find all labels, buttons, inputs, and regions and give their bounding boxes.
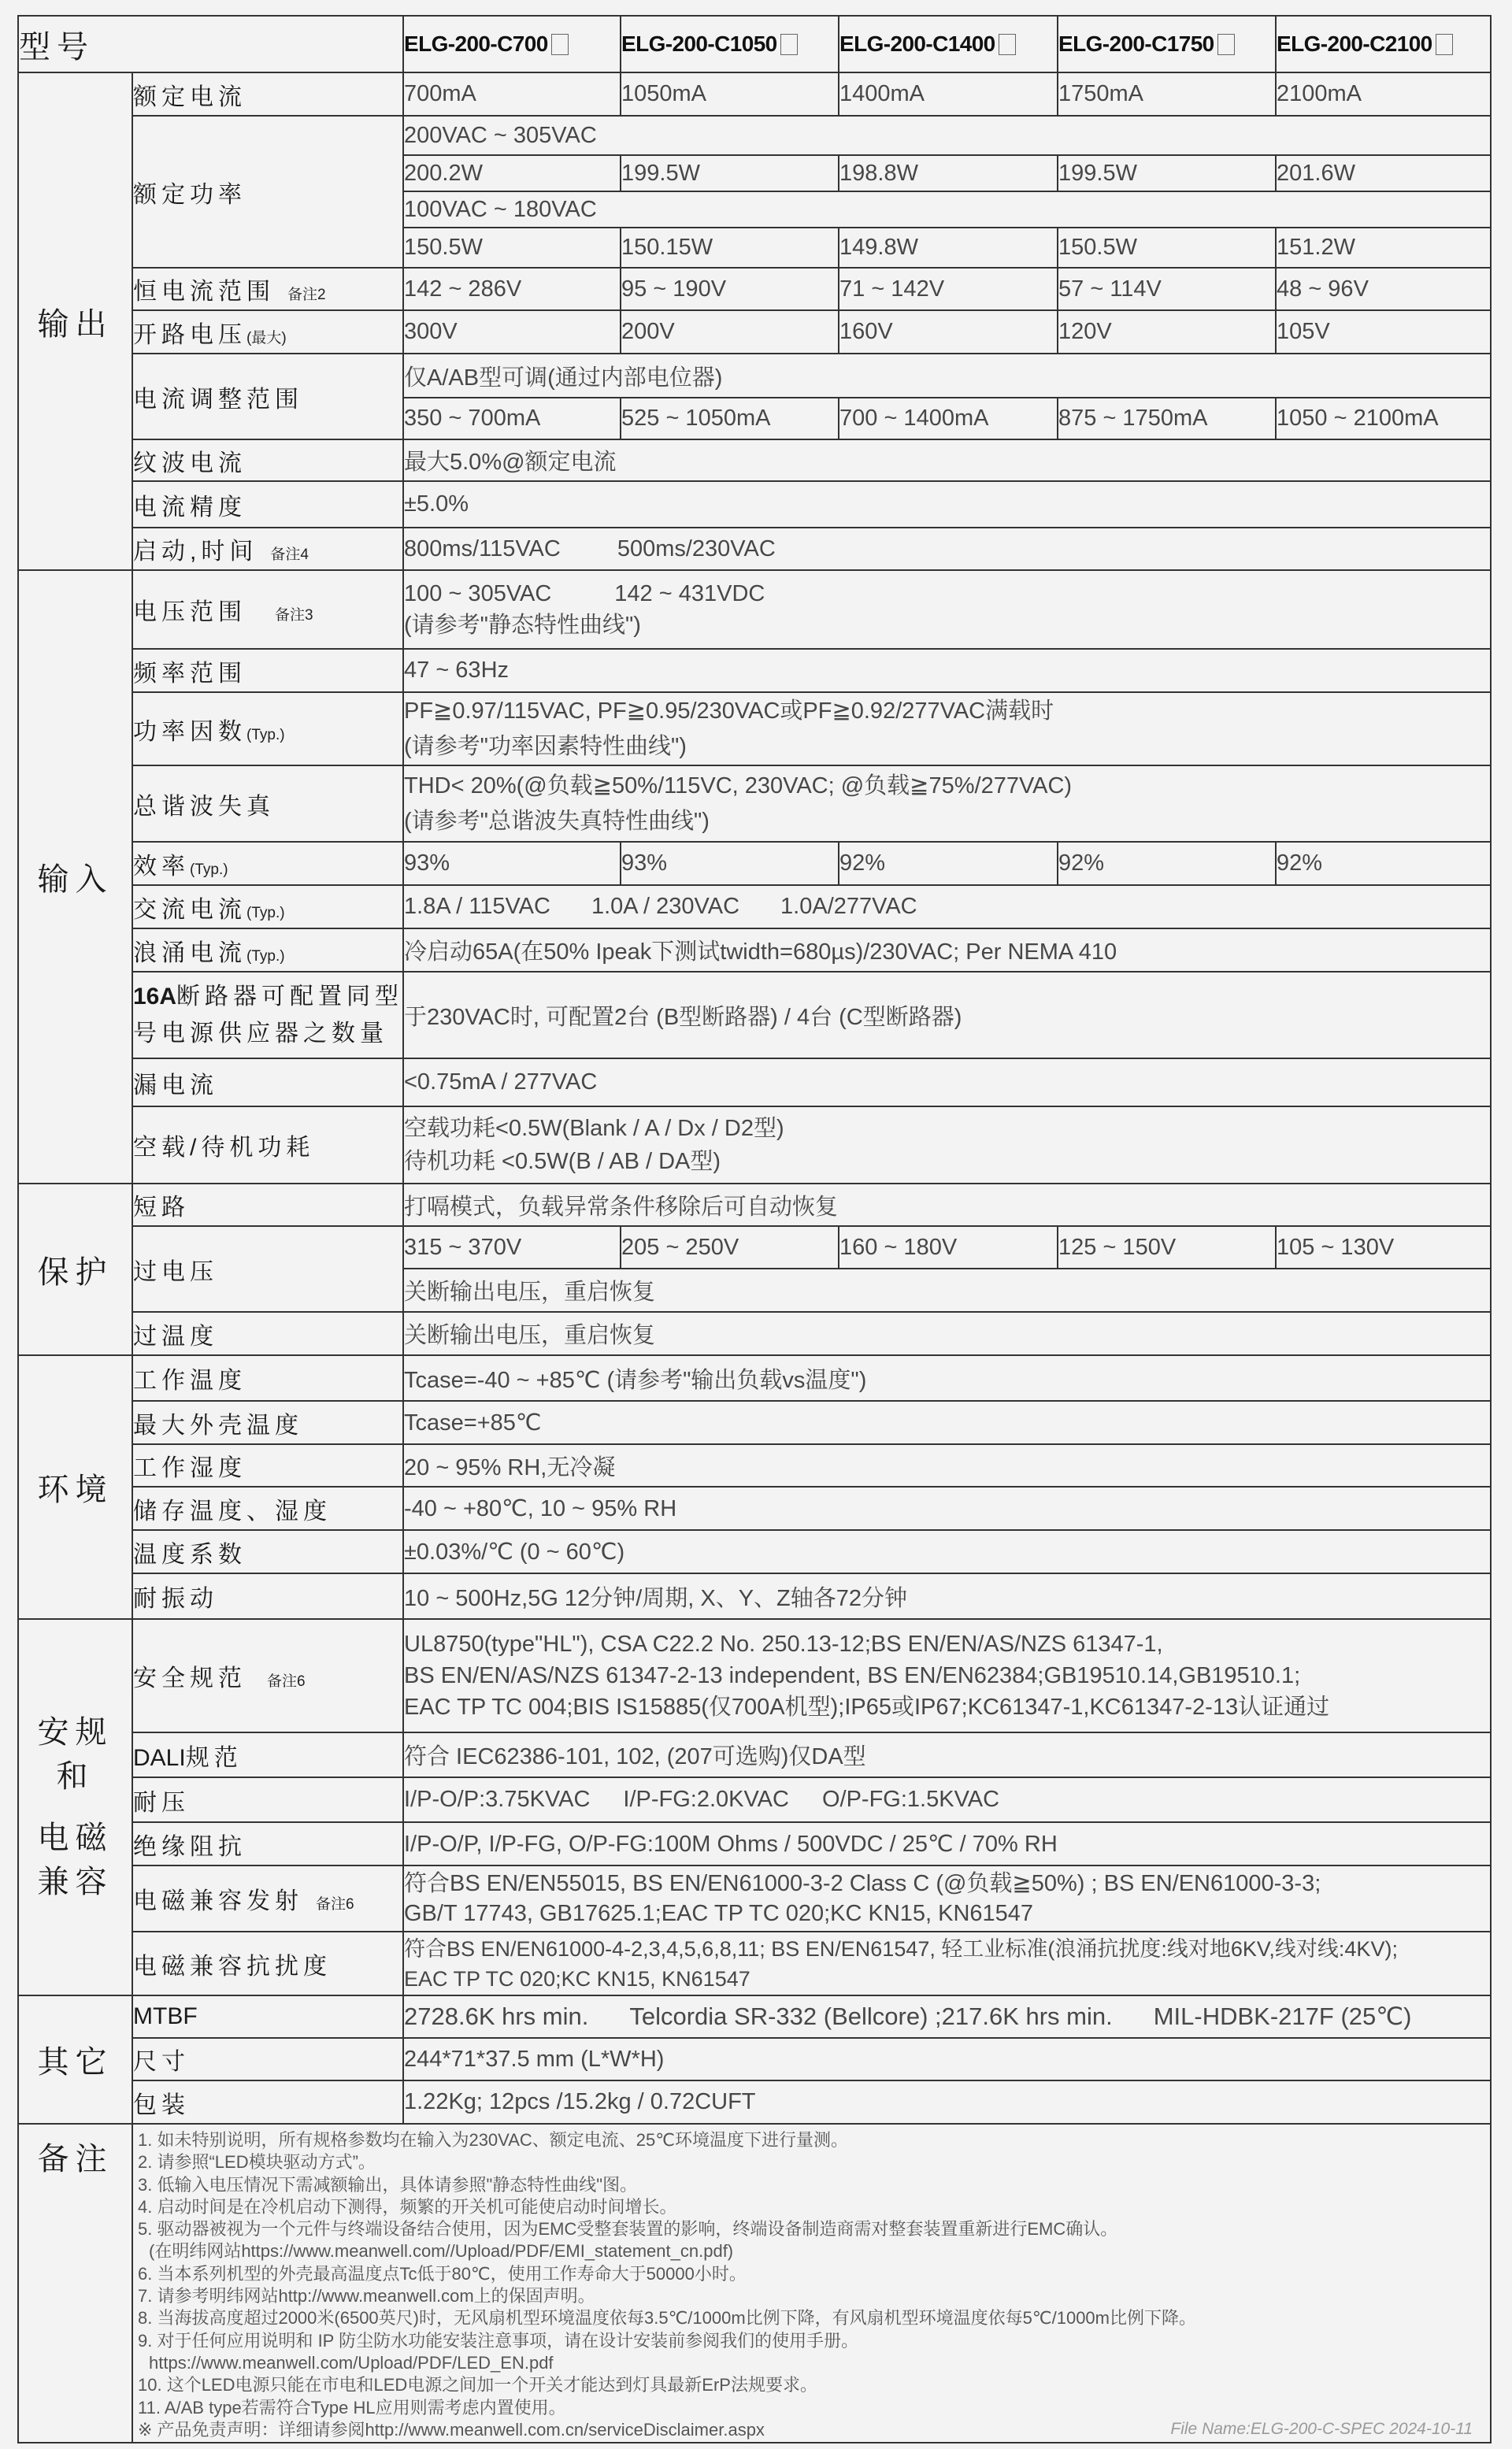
row-label: 规范 (186, 1745, 243, 1771)
row-label: 效率 (133, 854, 190, 880)
suffix-placeholder-box-icon (1436, 34, 1453, 55)
row-dali-standards: DALI规范 符合 IEC62386-101, 102, (207可选购)仅DA… (18, 1732, 1491, 1777)
value-cell: 199.5W (1058, 155, 1276, 191)
row-no-load-standby: 空载/待机功耗 空载功耗<0.5W(Blank / A / Dx / D2型) … (18, 1106, 1491, 1184)
row-working-temp: 环境 工作温度 Tcase=-40 ~ +85℃ (请参考"输出负载vs温度") (18, 1355, 1491, 1401)
note-reference: 备注4 (270, 546, 309, 563)
spec-table: 型号 ELG-200-C700 ELG-200-C1050 ELG-200-C1… (17, 15, 1492, 2443)
row-label: 温度系数 (132, 1530, 403, 1573)
value-cell: 875 ~ 1750mA (1058, 398, 1276, 439)
value-part: 100 ~ 305VAC (404, 578, 551, 609)
value-cell: 1050mA (621, 72, 839, 116)
note-line: 7. 请参考明纬网站http://www.meanwell.com上的保固声明。 (138, 2285, 1490, 2307)
value-line: 空载功耗<0.5W(Blank / A / Dx / D2型) (404, 1112, 1490, 1145)
value-cell: 150.5W (403, 228, 621, 268)
note-line: 10. 这个LED电源只能在市电和LED电源之间加一个开关才能达到灯具最新ErP… (138, 2374, 1490, 2396)
value-cell: 150.15W (621, 228, 839, 268)
model-cell: ELG-200-C2100 (1276, 16, 1491, 72)
row-ac-current: 交流电流(Typ.) 1.8A / 115VAC1.0A / 230VAC1.0… (18, 885, 1491, 928)
row-label-latin: DALI (133, 1745, 186, 1771)
value-cell: 92% (839, 842, 1058, 885)
value-cell: 48 ~ 96V (1276, 268, 1491, 310)
row-label: 漏电流 (132, 1058, 403, 1106)
section-label-environment: 环境 (18, 1355, 132, 1619)
model-name: ELG-200-C1050 (621, 31, 777, 56)
row-efficiency: 效率(Typ.) 93% 93% 92% 92% 92% (18, 842, 1491, 885)
note-line: 6. 当本系列机型的外壳最高温度点Tc低于80℃，使用工作寿命大于50000小时… (138, 2263, 1490, 2285)
value-line: 待机功耗 <0.5W(B / AB / DA型) (404, 1145, 1490, 1178)
row-label: 过电压 (132, 1226, 403, 1312)
value-cell: 关断输出电压，重启恢复 (403, 1269, 1491, 1312)
row-label: 最大外壳温度 (132, 1401, 403, 1444)
value-line: GB/T 17743, GB17625.1;EAC TP TC 020;KC K… (404, 1899, 1490, 1928)
value-cell: 符合BS EN/EN61000-4-2,3,4,5,6,8,11; BS EN/… (403, 1932, 1491, 1995)
row-label: 电磁兼容发射 (133, 1888, 303, 1914)
model-cell: ELG-200-C1050 (621, 16, 839, 72)
value-part: Telcordia SR-332 (Bellcore) ;217.6K hrs … (629, 2003, 1112, 2031)
note-line: 9. 对于任何应用说明和 IP 防尘防水功能安装注意事项，请在设计安装前参阅我们… (138, 2330, 1490, 2352)
value-cell: 57 ~ 114V (1058, 268, 1276, 310)
row-label-cell: 启动,时间备注4 (132, 528, 403, 570)
row-safety-standards: 安规 和 电磁 兼容 安全规范备注6 UL8750(type"HL"), CSA… (18, 1619, 1491, 1732)
note-reference: 备注6 (316, 1896, 354, 1913)
row-label: 开路电压 (133, 322, 246, 348)
row-over-voltage-values: 过电压 315 ~ 370V 205 ~ 250V 160 ~ 180V 125… (18, 1226, 1491, 1269)
value-cell: 20 ~ 95% RH,无冷凝 (403, 1444, 1491, 1487)
value-cell: 最大5.0%@额定电流 (403, 439, 1491, 481)
row-dimension: 尺寸 244*71*37.5 mm (L*W*H) (18, 2038, 1491, 2080)
value-cell: 打嗝模式，负载异常条件移除后可自动恢复 (403, 1184, 1491, 1226)
value-cell: I/P-O/P, I/P-FG, O/P-FG:100M Ohms / 500V… (403, 1822, 1491, 1865)
row-label-bold: 16A (133, 984, 176, 1010)
value-cell: 125 ~ 150V (1058, 1226, 1276, 1269)
row-working-humidity: 工作湿度 20 ~ 95% RH,无冷凝 (18, 1444, 1491, 1487)
value-cell: 142 ~ 286V (403, 268, 621, 310)
note-line: 8. 当海拔高度超过2000米(6500英尺)时，无风扇机型环境温度依每3.5℃… (138, 2307, 1490, 2329)
value-line: (请参考"总谐波失真特性曲线") (404, 804, 1490, 839)
note-reference: 备注6 (267, 1673, 306, 1690)
row-label-cell: 恒电流范围备注2 (132, 268, 403, 310)
row-label-cell: 浪涌电流(Typ.) (132, 928, 403, 972)
value-cell: 71 ~ 142V (839, 268, 1058, 310)
row-label: 工作湿度 (132, 1444, 403, 1487)
value-cell: 700 ~ 1400mA (839, 398, 1058, 439)
value-part: 800ms/115VAC (404, 536, 561, 562)
value-part: MIL-HDBK-217F (25℃) (1154, 2003, 1412, 2031)
value-cell: UL8750(type"HL"), CSA C22.2 No. 250.13-1… (403, 1619, 1491, 1732)
value-cell: 205 ~ 250V (621, 1226, 839, 1269)
row-label-cell: 效率(Typ.) (132, 842, 403, 885)
value-part: 500ms/230VAC (617, 536, 776, 562)
value-cell: 92% (1276, 842, 1491, 885)
row-label-line: 16A断路器可配置同型 (133, 978, 402, 1015)
value-description: 仅A/AB型可调(通过内部电位器) (403, 354, 1491, 398)
value-line: UL8750(type"HL"), CSA C22.2 No. 250.13-1… (404, 1628, 1490, 1660)
row-isolation-resistance: 绝缘阻抗 I/P-O/P, I/P-FG, O/P-FG:100M Ohms /… (18, 1822, 1491, 1865)
value-cell: 151.2W (1276, 228, 1491, 268)
row-label: 频率范围 (132, 649, 403, 692)
row-label-cell: 安全规范备注6 (132, 1619, 403, 1732)
note-reference: 备注3 (275, 607, 313, 624)
section-label-others: 其它 (18, 1995, 132, 2124)
value-cell: 1750mA (1058, 72, 1276, 116)
row-frequency-range: 频率范围 47 ~ 63Hz (18, 649, 1491, 692)
row-notes: 备注 1. 如未特别说明，所有规格参数均在输入为230VAC、额定电流、25℃环… (18, 2124, 1491, 2443)
value-cell: 160V (839, 310, 1058, 354)
value-cell: 1.8A / 115VAC1.0A / 230VAC1.0A/277VAC (403, 885, 1491, 928)
model-name: ELG-200-C1400 (839, 31, 995, 56)
note-line: https://www.meanwell.com/Upload/PDF/LED_… (138, 2352, 1490, 2374)
row-label-cell: DALI规范 (132, 1732, 403, 1777)
value-cell: 100 ~ 305VAC142 ~ 431VDC (请参考"静态特性曲线") (403, 570, 1491, 649)
value-line: BS EN/EN/AS/NZS 61347-2-13 independent, … (404, 1660, 1490, 1691)
section-label-protection: 保护 (18, 1184, 132, 1355)
input-range-label: 100VAC ~ 180VAC (403, 191, 1491, 228)
value-line: EAC TP TC 004;BIS IS15885(仅700A机型);IP65或… (404, 1691, 1490, 1723)
value-line: 符合BS EN/EN61000-4-2,3,4,5,6,8,11; BS EN/… (404, 1934, 1490, 1964)
row-short-circuit: 保护 短路 打嗝模式，负载异常条件移除后可自动恢复 (18, 1184, 1491, 1226)
row-label: 总谐波失真 (132, 765, 403, 842)
value-cell: 47 ~ 63Hz (403, 649, 1491, 692)
row-storage: 储存温度、湿度 -40 ~ +80℃, 10 ~ 95% RH (18, 1487, 1491, 1530)
row-label-cell: 交流电流(Typ.) (132, 885, 403, 928)
row-label-cell: 开路电压(最大) (132, 310, 403, 354)
label-qualifier: (Typ.) (190, 861, 228, 878)
value-part: 2728.6K hrs min. (404, 2003, 588, 2031)
notes-cell: 1. 如未特别说明，所有规格参数均在输入为230VAC、额定电流、25℃环境温度… (132, 2124, 1491, 2443)
file-name: File Name:ELG-200-C-SPEC 2024-10-11 (1170, 2420, 1473, 2439)
row-leakage-current: 漏电流 <0.75mA / 277VAC (18, 1058, 1491, 1106)
value-cell: 244*71*37.5 mm (L*W*H) (403, 2038, 1491, 2080)
row-voltage-range: 输入 电压范围备注3 100 ~ 305VAC142 ~ 431VDC (请参考… (18, 570, 1491, 649)
value-cell: 93% (403, 842, 621, 885)
note-line: (在明纬网站https://www.meanwell.com//Upload/P… (138, 2240, 1490, 2262)
value-part: I/P-FG:2.0KVAC (623, 1787, 789, 1813)
row-label-cell: 电磁兼容发射备注6 (132, 1865, 403, 1932)
model-cell: ELG-200-C1750 (1058, 16, 1276, 72)
label-qualifier: (最大) (246, 330, 287, 346)
value-cell: 200V (621, 310, 839, 354)
row-current-tolerance: 电流精度 ±5.0% (18, 481, 1491, 528)
model-cell: ELG-200-C700 (403, 16, 621, 72)
value-cell: 2728.6K hrs min.Telcordia SR-332 (Bellco… (403, 1995, 1491, 2038)
value-cell: 201.6W (1276, 155, 1491, 191)
value-part: O/P-FG:1.5KVAC (822, 1787, 999, 1813)
row-label: 尺寸 (132, 2038, 403, 2080)
value-cell: 空载功耗<0.5W(Blank / A / Dx / D2型) 待机功耗 <0.… (403, 1106, 1491, 1184)
label-qualifier: (Typ.) (246, 905, 285, 921)
row-max-psu-on-breaker: 16A断路器可配置同型 号电源供应器之数量 于230VAC时, 可配置2台 (B… (18, 972, 1491, 1058)
row-power-factor: 功率因数(Typ.) PF≧0.97/115VAC, PF≧0.95/230VA… (18, 692, 1491, 765)
row-label: 绝缘阻抗 (132, 1822, 403, 1865)
row-thd: 总谐波失真 THD< 20%(@负载≧50%/115VC, 230VAC; @负… (18, 765, 1491, 842)
row-label: 空载/待机功耗 (132, 1106, 403, 1184)
value-cell: ±5.0% (403, 481, 1491, 528)
row-current-adj-desc: 电流调整范围 仅A/AB型可调(通过内部电位器) (18, 354, 1491, 398)
value-cell: 199.5W (621, 155, 839, 191)
row-label: 浪涌电流 (133, 940, 246, 966)
suffix-placeholder-box-icon (999, 34, 1016, 55)
suffix-placeholder-box-icon (1217, 34, 1235, 55)
row-constant-current-region: 恒电流范围备注2 142 ~ 286V 95 ~ 190V 71 ~ 142V … (18, 268, 1491, 310)
label-qualifier: (Typ.) (246, 948, 285, 965)
row-emc-emission: 电磁兼容发射备注6 符合BS EN/EN55015, BS EN/EN61000… (18, 1865, 1491, 1932)
value-part: I/P-O/P:3.75KVAC (404, 1787, 590, 1813)
section-label-output: 输出 (18, 72, 132, 570)
value-cell: 315 ~ 370V (403, 1226, 621, 1269)
value-cell: 冷启动65A(在50% Ipeak下测试twidth=680µs)/230VAC… (403, 928, 1491, 972)
value-cell: 300V (403, 310, 621, 354)
row-label: 额定电流 (132, 72, 403, 116)
suffix-placeholder-box-icon (551, 34, 569, 55)
row-label: 储存温度、湿度 (132, 1487, 403, 1530)
value-cell: 10 ~ 500Hz,5G 12分钟/周期, X、Y、Z轴各72分钟 (403, 1573, 1491, 1619)
note-line: 1. 如未特别说明，所有规格参数均在输入为230VAC、额定电流、25℃环境温度… (138, 2129, 1490, 2151)
note-line: 4. 启动时间是在冷机启动下测得，频繁的开关机可能使启动时间增长。 (138, 2196, 1490, 2218)
value-cell: Tcase=+85℃ (403, 1401, 1491, 1444)
section-label-line: 安规 (19, 1710, 132, 1754)
value-part: 1.0A/277VAC (780, 894, 917, 920)
value-line: EAC TP TC 020;KC KN15, KN61547 (404, 1964, 1490, 1994)
row-label: 交流电流 (133, 897, 246, 923)
row-label: 电流精度 (132, 481, 403, 528)
value-cell: PF≧0.97/115VAC, PF≧0.95/230VAC或PF≧0.92/2… (403, 692, 1491, 765)
row-label: 纹波电流 (132, 439, 403, 481)
row-temp-coefficient: 温度系数 ±0.03%/℃ (0 ~ 60℃) (18, 1530, 1491, 1573)
value-cell: I/P-O/P:3.75KVACI/P-FG:2.0KVACO/P-FG:1.5… (403, 1777, 1491, 1822)
row-label: 短路 (132, 1184, 403, 1226)
section-label-notes: 备注 (18, 2124, 132, 2443)
value-line: (请参考"静态特性曲线") (404, 609, 1490, 641)
label-qualifier: (Typ.) (246, 727, 285, 743)
row-label: 过温度 (132, 1312, 403, 1355)
note-line: 2. 请参照“LED模块驱动方式”。 (138, 2151, 1490, 2173)
input-range-label: 200VAC ~ 305VAC (403, 116, 1491, 155)
row-ripple-current: 纹波电流 最大5.0%@额定电流 (18, 439, 1491, 481)
row-label: 安全规范 (133, 1665, 246, 1691)
section-label-input: 输入 (18, 570, 132, 1184)
row-vibration: 耐振动 10 ~ 500Hz,5G 12分钟/周期, X、Y、Z轴各72分钟 (18, 1573, 1491, 1619)
header-row: 型号 ELG-200-C700 ELG-200-C1050 ELG-200-C1… (18, 16, 1491, 72)
value-cell: 2100mA (1276, 72, 1491, 116)
row-label-cell: 电压范围备注3 (132, 570, 403, 649)
row-label: 电压范围 (133, 599, 246, 625)
note-reference: 备注2 (287, 287, 326, 303)
value-cell: 符合 IEC62386-101, 102, (207可选购)仅DA型 (403, 1732, 1491, 1777)
value-part: 142 ~ 431VDC (614, 578, 765, 609)
notes-list: 1. 如未特别说明，所有规格参数均在输入为230VAC、额定电流、25℃环境温度… (133, 2125, 1490, 2440)
note-line: 5. 驱动器被视为一个元件与终端设备结合使用，因为EMC受整套装置的影响，终端设… (138, 2218, 1490, 2240)
value-cell: 120V (1058, 310, 1276, 354)
row-over-temperature: 过温度 关断输出电压，重启恢复 (18, 1312, 1491, 1355)
row-label: 包装 (132, 2080, 403, 2124)
row-emc-immunity: 电磁兼容抗扰度 符合BS EN/EN61000-4-2,3,4,5,6,8,11… (18, 1932, 1491, 1995)
section-label-line: 电磁 (19, 1816, 132, 1860)
value-part: 1.8A / 115VAC (404, 894, 550, 920)
row-label: 功率因数 (133, 719, 246, 745)
note-line: 11. A/AB type若需符合Type HL应用则需考虑内置使用。 (138, 2397, 1490, 2419)
row-mtbf: 其它 MTBF 2728.6K hrs min.Telcordia SR-332… (18, 1995, 1491, 2038)
row-rated-current: 输出 额定电流 700mA 1050mA 1400mA 1750mA 2100m… (18, 72, 1491, 116)
row-label-line: 号电源供应器之数量 (133, 1015, 402, 1052)
value-cell: 105 ~ 130V (1276, 1226, 1491, 1269)
value-part: 1.0A / 230VAC (591, 894, 739, 920)
value-cell: 关断输出电压，重启恢复 (403, 1312, 1491, 1355)
row-setup-time: 启动,时间备注4 800ms/115VAC500ms/230VAC (18, 528, 1491, 570)
row-label: 断路器可配置同型 (176, 984, 403, 1010)
value-cell: 150.5W (1058, 228, 1276, 268)
value-cell: 200.2W (403, 155, 621, 191)
row-withstand-voltage: 耐压 I/P-O/P:3.75KVACI/P-FG:2.0KVACO/P-FG:… (18, 1777, 1491, 1822)
model-name: ELG-200-C700 (404, 31, 548, 56)
row-packing: 包装 1.22Kg; 12pcs /15.2kg / 0.72CUFT (18, 2080, 1491, 2124)
value-line: THD< 20%(@负载≧50%/115VC, 230VAC; @负载≧75%/… (404, 769, 1490, 804)
value-line: 100 ~ 305VAC142 ~ 431VDC (404, 578, 1490, 609)
value-cell: 1400mA (839, 72, 1058, 116)
value-line: (请参考"功率因素特性曲线") (404, 729, 1490, 765)
value-cell: 95 ~ 190V (621, 268, 839, 310)
value-cell: 160 ~ 180V (839, 1226, 1058, 1269)
model-name: ELG-200-C2100 (1277, 31, 1432, 56)
row-label: 电流调整范围 (132, 354, 403, 439)
model-cell: ELG-200-C1400 (839, 16, 1058, 72)
value-cell: 198.8W (839, 155, 1058, 191)
value-cell: 525 ~ 1050mA (621, 398, 839, 439)
row-label: 工作温度 (132, 1355, 403, 1401)
row-label: 恒电流范围 (133, 279, 275, 305)
row-open-circuit-voltage: 开路电压(最大) 300V 200V 160V 120V 105V (18, 310, 1491, 354)
suffix-placeholder-box-icon (780, 34, 798, 55)
value-cell: ±0.03%/℃ (0 ~ 60℃) (403, 1530, 1491, 1573)
section-label-safety-emc: 安规 和 电磁 兼容 (18, 1619, 132, 1995)
value-cell: 92% (1058, 842, 1276, 885)
row-label: 启动,时间 (133, 539, 258, 565)
value-cell: 800ms/115VAC500ms/230VAC (403, 528, 1491, 570)
row-rated-power-range-high: 额定功率 200VAC ~ 305VAC (18, 116, 1491, 155)
row-inrush-current: 浪涌电流(Typ.) 冷启动65A(在50% Ipeak下测试twidth=68… (18, 928, 1491, 972)
value-cell: 符合BS EN/EN55015, BS EN/EN61000-3-2 Class… (403, 1865, 1491, 1932)
section-label-line: 和 (19, 1754, 132, 1799)
value-cell: Tcase=-40 ~ +85℃ (请参考"输出负载vs温度") (403, 1355, 1491, 1401)
row-max-case-temp: 最大外壳温度 Tcase=+85℃ (18, 1401, 1491, 1444)
value-cell: 700mA (403, 72, 621, 116)
value-cell: THD< 20%(@负载≧50%/115VC, 230VAC; @负载≧75%/… (403, 765, 1491, 842)
row-label-cell: 功率因数(Typ.) (132, 692, 403, 765)
value-cell: -40 ~ +80℃, 10 ~ 95% RH (403, 1487, 1491, 1530)
value-cell: 149.8W (839, 228, 1058, 268)
value-cell: 1.22Kg; 12pcs /15.2kg / 0.72CUFT (403, 2080, 1491, 2124)
value-cell: 350 ~ 700mA (403, 398, 621, 439)
row-label: 耐压 (132, 1777, 403, 1822)
value-cell: 93% (621, 842, 839, 885)
model-header-label: 型号 (18, 16, 403, 72)
section-label-line: 兼容 (19, 1860, 132, 1904)
row-label: 耐振动 (132, 1573, 403, 1619)
value-line: PF≧0.97/115VAC, PF≧0.95/230VAC或PF≧0.92/2… (404, 694, 1490, 729)
value-cell: 105V (1276, 310, 1491, 354)
row-label: MTBF (132, 1995, 403, 2038)
value-line: 符合BS EN/EN55015, BS EN/EN61000-3-2 Class… (404, 1869, 1490, 1899)
row-label: 额定功率 (132, 116, 403, 268)
value-cell: <0.75mA / 277VAC (403, 1058, 1491, 1106)
value-cell: 1050 ~ 2100mA (1276, 398, 1491, 439)
row-label-cell: 16A断路器可配置同型 号电源供应器之数量 (132, 972, 403, 1058)
row-label: 电磁兼容抗扰度 (132, 1932, 403, 1995)
note-line: 3. 低输入电压情况下需减额输出，具体请参照"静态特性曲线"图。 (138, 2174, 1490, 2196)
value-cell: 于230VAC时, 可配置2台 (B型断路器) / 4台 (C型断路器) (403, 972, 1491, 1058)
model-name: ELG-200-C1750 (1058, 31, 1214, 56)
